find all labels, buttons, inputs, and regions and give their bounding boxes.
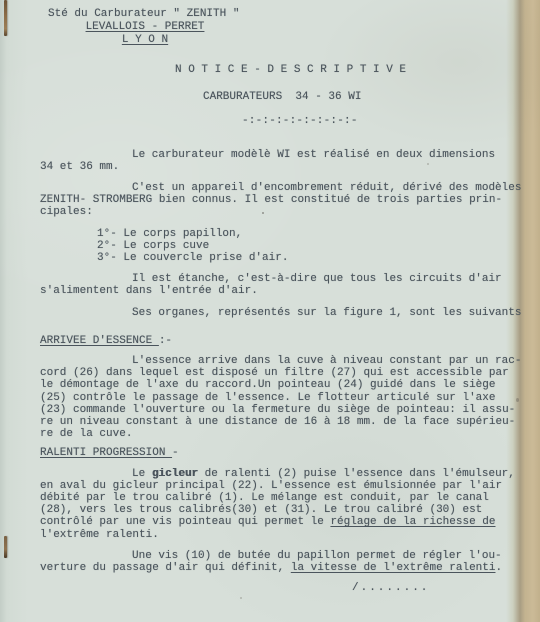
text-segment: contrôlé par une vis pointeau qui permet…	[40, 516, 330, 528]
continuation-mark: /........	[352, 582, 522, 594]
company-location-levallois: LEVALLOIS - PERRET	[48, 21, 242, 34]
text-line: C'est un appareil d'encombrement réduit,…	[40, 182, 522, 194]
text-line: re un niveau constant à une distance de …	[40, 416, 522, 428]
text-line: cord (26) dans lequel est disposé un fil…	[40, 367, 522, 379]
text-line: Une vis (10) de butée du papillon permet…	[40, 550, 522, 562]
text-line: Le carburateur modèlè WI est réalisé en …	[40, 149, 522, 161]
heading-suffix: :-	[159, 335, 172, 347]
text-line: l'extrême ralenti.	[40, 529, 522, 541]
text-line: 34 et 36 mm.	[40, 161, 522, 173]
section-heading-ralenti-progression: RALENTI PROGRESSION -	[40, 447, 522, 459]
underlined-phrase: réglage de la richesse de	[330, 516, 495, 528]
underlined-phrase: la vitesse de l'extrême ralenti	[291, 562, 496, 574]
text-line: débité par le trou calibré (1). Le mélan…	[40, 492, 522, 504]
list-item: 3°- Le couvercle prise d'air.	[40, 252, 522, 264]
company-location-lyon: L Y O N	[48, 34, 242, 47]
text-line: Il est étanche, c'est-à-dire que tous le…	[40, 273, 522, 285]
text-line: cipales:	[40, 206, 522, 218]
text-line: Le gicleur de ralenti (2) puise l'essenc…	[40, 468, 522, 480]
text-line: re de la cuve.	[40, 428, 522, 440]
text-line: le démontage de l'axe du raccord.Un poin…	[40, 379, 522, 391]
text-line: en aval du gicleur principal (22). L'ess…	[40, 480, 522, 492]
text-segment: verture du passage d'air qui définit,	[40, 562, 291, 574]
document-page: Sté du Carburateur " ZENITH " LEVALLOIS …	[0, 0, 540, 622]
doc-subtitle: CARBURATEURS 34 - 36 WI	[203, 91, 522, 103]
paper-speck	[240, 597, 242, 599]
text-line: (23) commande l'ouverture ou la fermetur…	[40, 404, 522, 416]
paragraph-ralenti-1: Le gicleur de ralenti (2) puise l'essenc…	[40, 468, 522, 541]
text-line: (28), vers les trous calibrés(30) et (31…	[40, 504, 522, 516]
letterhead: Sté du Carburateur " ZENITH " LEVALLOIS …	[48, 8, 242, 47]
text-segment: de ralenti (2) puise l'essence dans l'ém…	[198, 468, 515, 480]
heading-suffix: -	[172, 447, 179, 459]
list-item: 2°- Le corps cuve	[40, 240, 522, 252]
document-content: Sté du Carburateur " ZENITH " LEVALLOIS …	[40, 8, 522, 595]
section-heading-arrivee-essence: ARRIVEE D'ESSENCE :-	[40, 335, 522, 347]
company-location-lyon-text: L Y O N	[122, 34, 168, 46]
paragraph-intro-2: C'est un appareil d'encombrement réduit,…	[40, 182, 522, 219]
heading-text: RALENTI PROGRESSION	[40, 447, 172, 459]
overstruck-word: gicleur	[152, 468, 198, 480]
staple-mark-bottom	[4, 536, 7, 558]
text-line: contrôlé par une vis pointeau qui permet…	[40, 516, 522, 528]
text-segment: .	[495, 562, 502, 574]
text-line: Ses organes, représentés sur la figure 1…	[40, 307, 522, 319]
text-line: verture du passage d'air qui définit, la…	[40, 562, 522, 574]
text-line: (25) contrôle le passage de l'essence. L…	[40, 392, 522, 404]
text-line: s'alimentent dans l'entrée d'air.	[40, 285, 522, 297]
company-location-levallois-text: LEVALLOIS - PERRET	[86, 21, 205, 33]
paragraph-intro-1: Le carburateur modèlè WI est réalisé en …	[40, 149, 522, 173]
heading-text: ARRIVEE D'ESSENCE	[40, 335, 159, 347]
text-segment: Le	[132, 468, 152, 480]
paragraph-intro-3: Il est étanche, c'est-à-dire que tous le…	[40, 273, 522, 297]
paragraph-ralenti-2: Une vis (10) de butée du papillon permet…	[40, 550, 522, 574]
paragraph-arrivee-essence: L'essence arrive dans la cuve à niveau c…	[40, 355, 522, 440]
text-line: L'essence arrive dans la cuve à niveau c…	[40, 355, 522, 367]
parts-list: 1°- Le corps papillon, 2°- Le corps cuve…	[40, 228, 522, 265]
list-item: 1°- Le corps papillon,	[40, 228, 522, 240]
title-divider: -:-:-:-:-:-:-:-:-	[242, 115, 522, 127]
doc-title: N O T I C E - D E S C R I P T I V E	[175, 64, 522, 76]
text-line: ZENITH- STROMBERG bien connus. Il est co…	[40, 194, 522, 206]
company-name: Sté du Carburateur " ZENITH "	[48, 8, 242, 21]
staple-mark-top	[4, 0, 7, 36]
paragraph-intro-4: Ses organes, représentés sur la figure 1…	[40, 307, 522, 319]
